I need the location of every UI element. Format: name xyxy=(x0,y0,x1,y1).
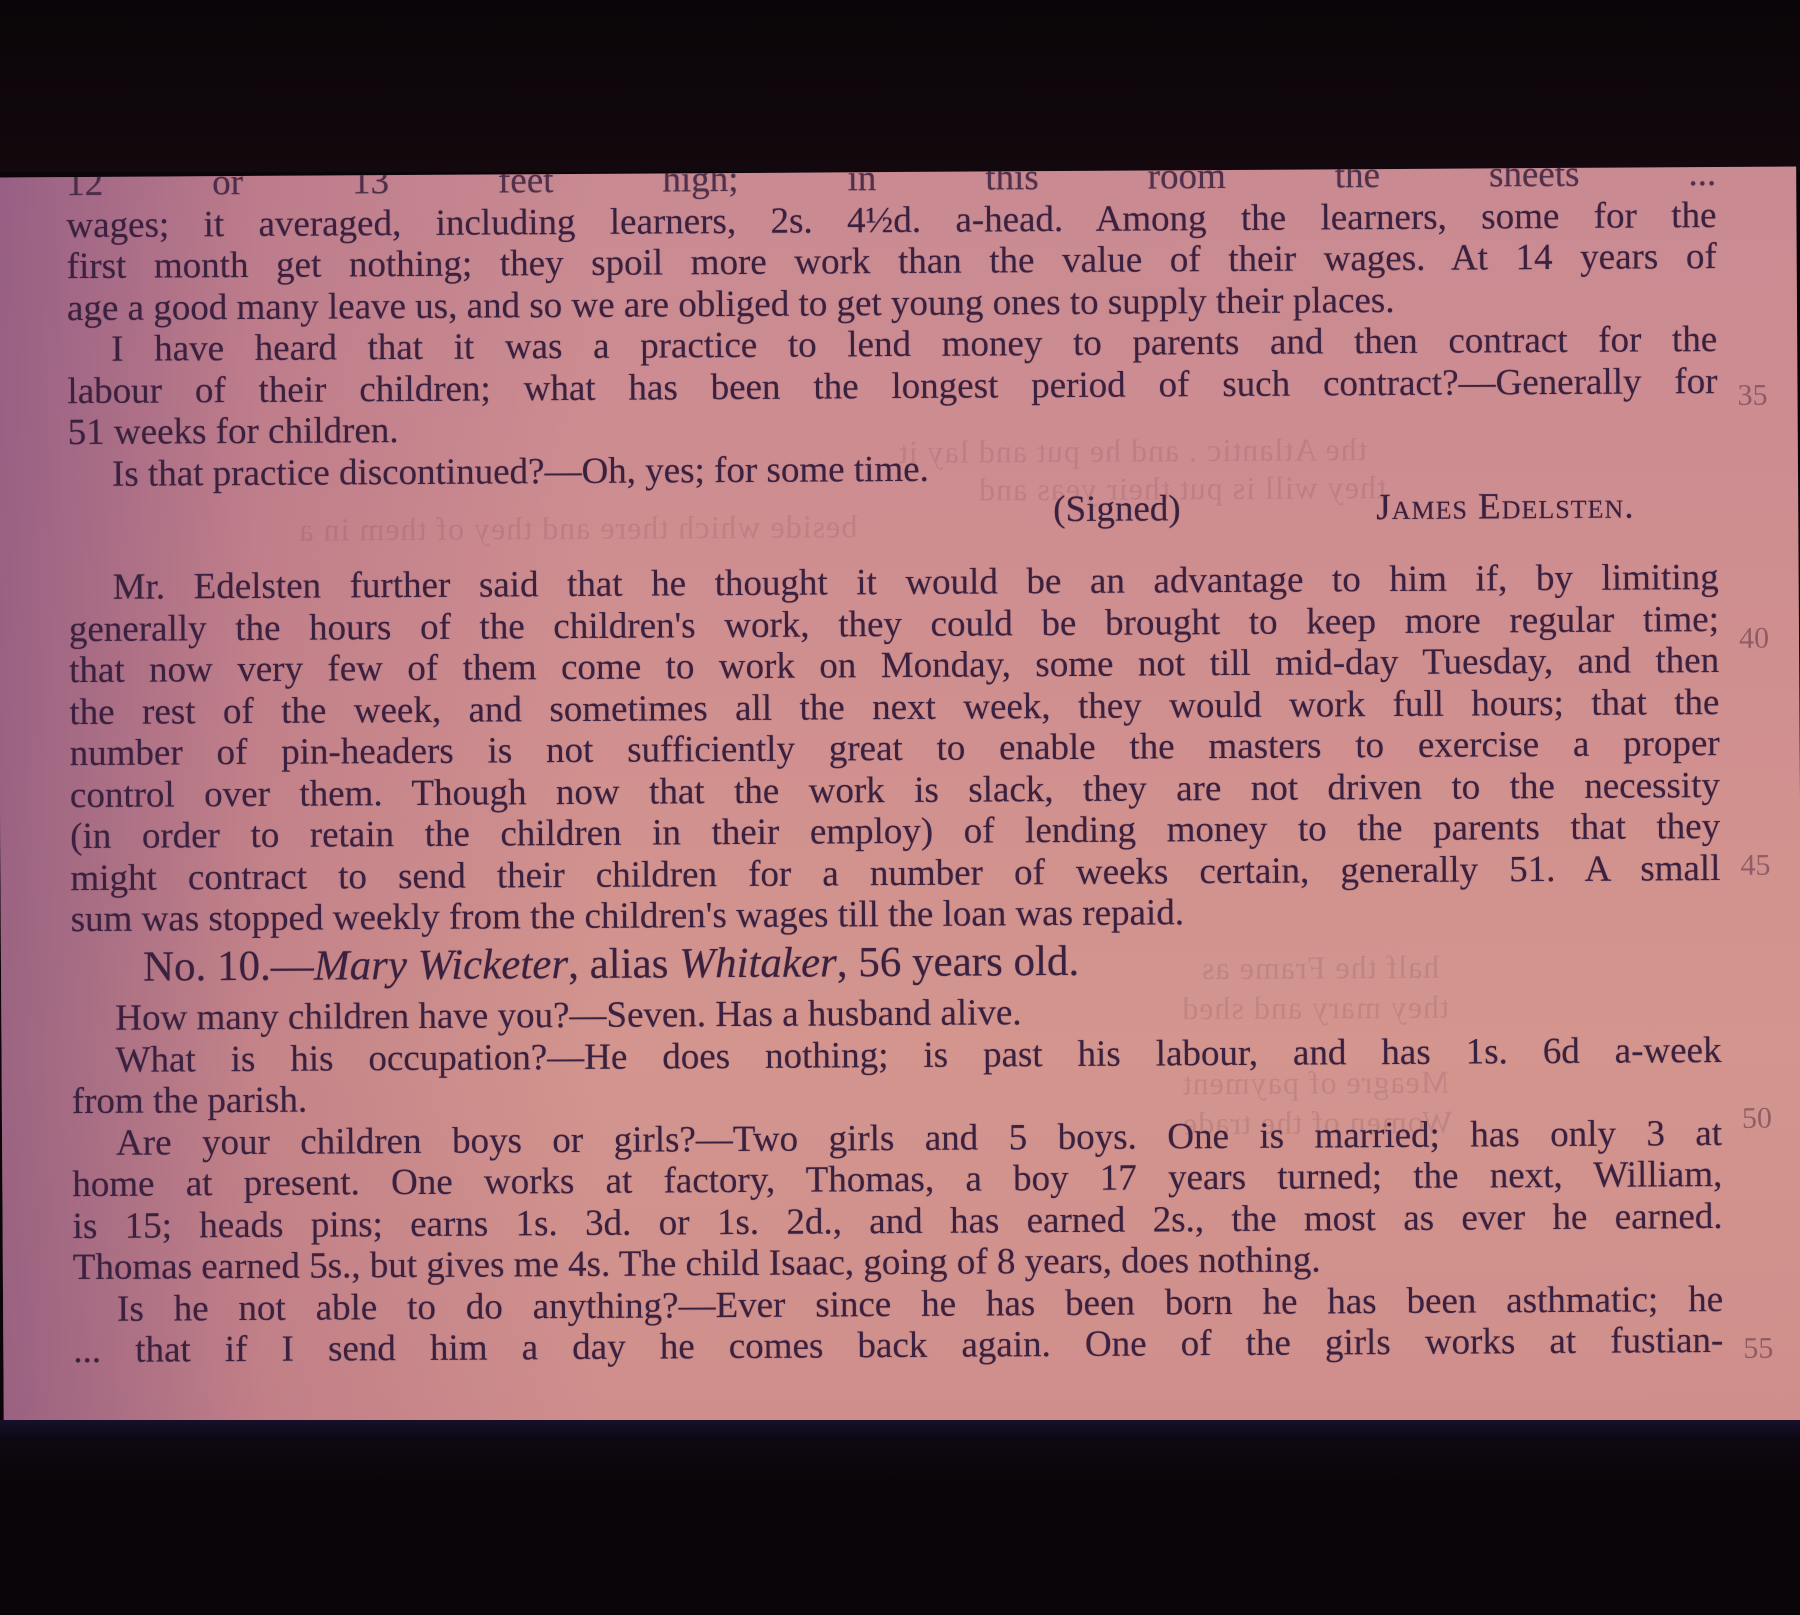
witness-age: , 56 years old. xyxy=(837,937,1080,985)
witness-heading: No. 10.—Mary Wicketer, alias Whitaker, 5… xyxy=(71,936,1731,988)
witness-number: No. 10.— xyxy=(143,942,314,990)
cut-off-line: ... that if I send him a day he comes ba… xyxy=(73,1320,1723,1372)
document-page: the Atlantic . and he put and lay it the… xyxy=(0,167,1800,1434)
photo-frame-bottom xyxy=(0,1420,1800,1615)
margin-line-number: 55 xyxy=(1743,1332,1773,1366)
signature-label: (Signed) xyxy=(1053,488,1181,530)
alias-word: , alias xyxy=(568,940,679,988)
witness-alias: Whitaker xyxy=(679,939,837,987)
margin-line-number: 45 xyxy=(1740,849,1770,883)
margin-line-number: 35 xyxy=(1737,379,1767,413)
margin-line-number: 40 xyxy=(1739,622,1769,656)
document-body: 12 or 13 feet high; in this room the she… xyxy=(66,167,1733,1372)
margin-line-number: 50 xyxy=(1742,1102,1772,1136)
photo-frame-top xyxy=(0,0,1800,172)
text-line: sum was stopped weekly from the children… xyxy=(71,889,1721,941)
witness-name: Mary Wicketer xyxy=(314,941,569,990)
signature-name: James Edelsten. xyxy=(1376,486,1635,529)
